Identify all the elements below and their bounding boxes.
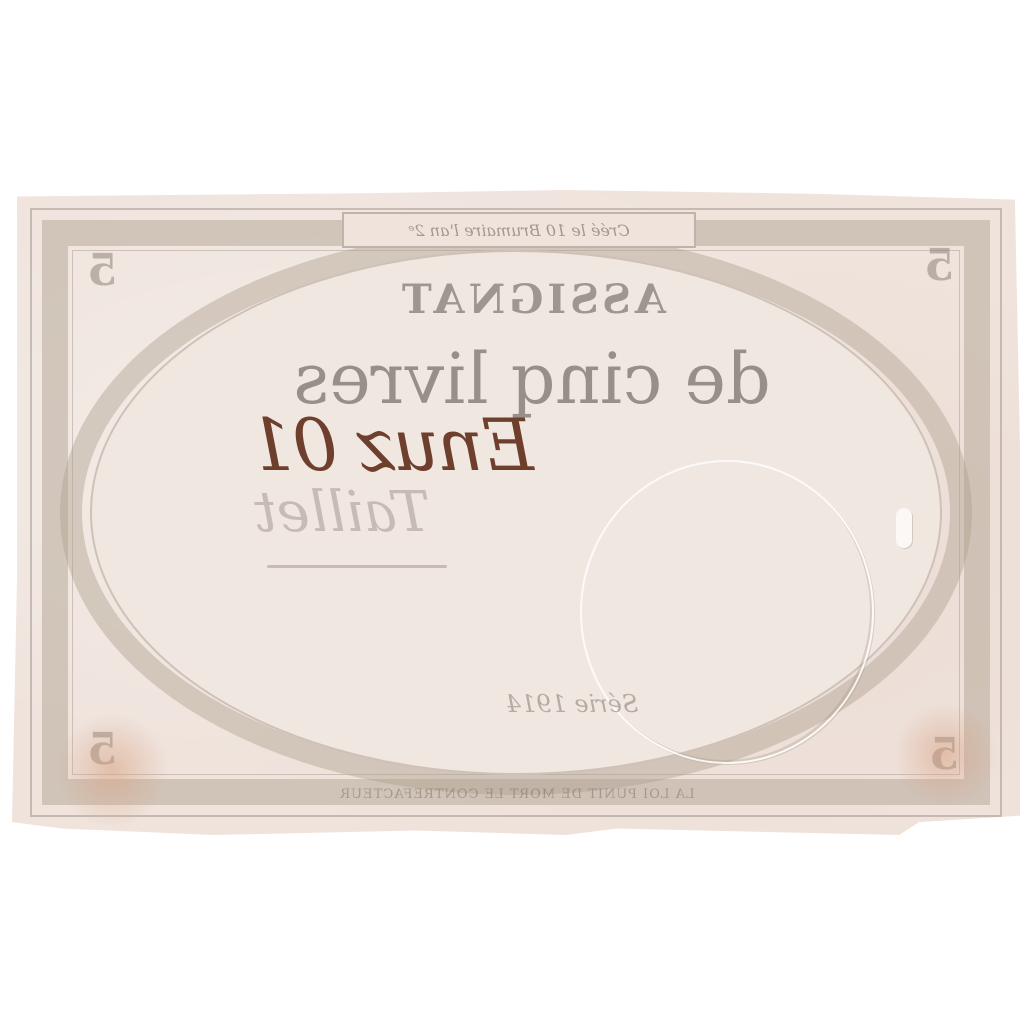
bottom-banner: LA LOI PUNIT DE MORT LE CONTREFACTEUR bbox=[282, 781, 752, 807]
corner-numeral-top-right: 5 bbox=[924, 240, 955, 291]
signature-underline bbox=[267, 565, 447, 568]
ghost-signature: Taillet bbox=[212, 480, 472, 570]
banknote: 5 5 5 5 Créé le 10 Brumaire l'an 2ᵉ LA L… bbox=[12, 190, 1020, 835]
foxing-stain-bottom-left bbox=[52, 715, 172, 825]
foxing-stain-bottom-right bbox=[890, 705, 1000, 805]
embossed-dry-seal bbox=[580, 460, 874, 764]
corner-numeral-top-left: 5 bbox=[87, 245, 118, 296]
serie-number: Série 1914 bbox=[482, 690, 662, 718]
ink-signature: Enuz 01 bbox=[212, 400, 572, 490]
title-assignat: ASSIGNAT bbox=[342, 276, 722, 323]
embossed-mark bbox=[896, 508, 912, 548]
top-banner: Créé le 10 Brumaire l'an 2ᵉ bbox=[342, 212, 696, 248]
